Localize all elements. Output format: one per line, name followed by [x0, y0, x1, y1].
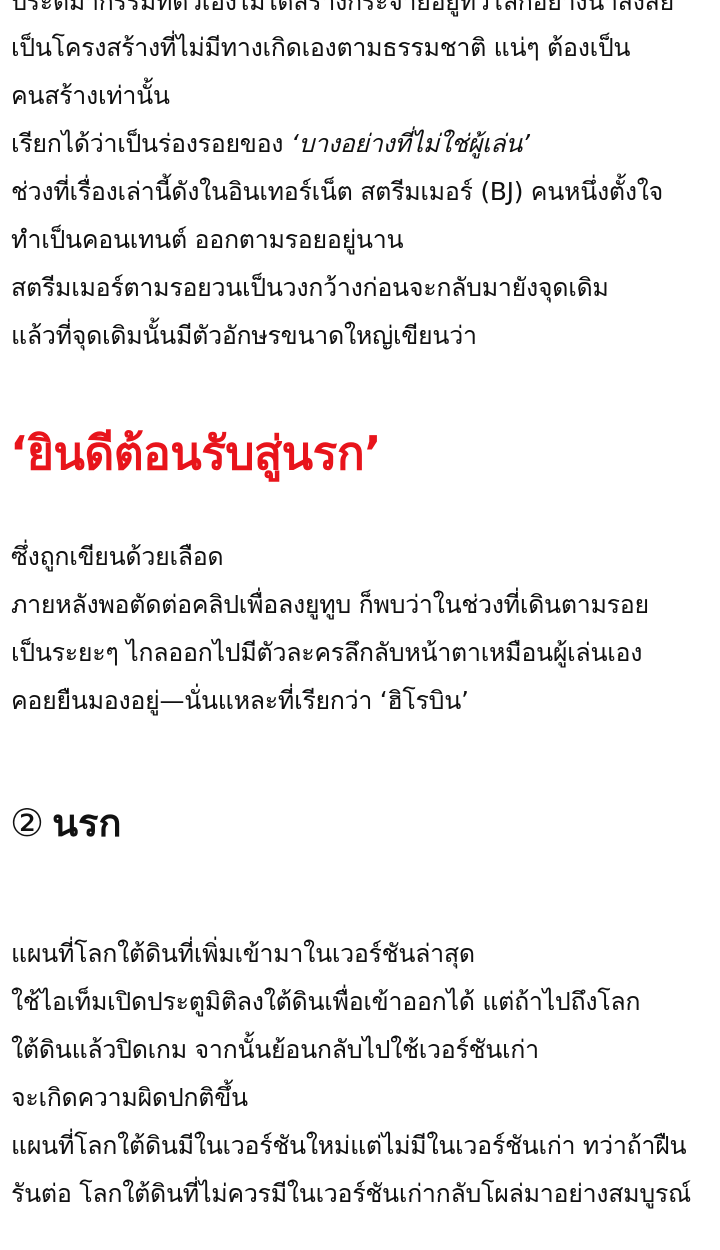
story-line: ทำเป็นคอนเทนต์ ออกตามรอยอยู่นาน: [11, 216, 403, 264]
section-line: ใช้ไอเท็มเปิดประตูมิติลงใต้ดินเพื่อเข้าอ…: [11, 978, 640, 1026]
section-line: แผนที่โลกใต้ดินมีในเวอร์ชันใหม่แต่ไม่มีใ…: [11, 1122, 686, 1170]
trace-line-italic: ‘บางอย่างที่ไม่ใช่ผู้เล่น’: [291, 129, 530, 158]
trace-line-prefix: เรียกได้ว่าเป็นร่องรอยของ: [11, 129, 291, 158]
intro-line: คนสร้างเท่านั้น: [11, 72, 170, 120]
story-line: แล้วที่จุดเดิมนั้นมีตัวอักษรขนาดใหญ่เขีย…: [11, 312, 477, 360]
after-line: ซึ่งถูกเขียนด้วยเลือด: [11, 533, 223, 581]
story-line: สตรีมเมอร์ตามรอยวนเป็นวงกว้างก่อนจะกลับม…: [11, 264, 609, 312]
section-title: นรก: [52, 801, 121, 845]
trace-line: เรียกได้ว่าเป็นร่องรอยของ ‘บางอย่างที่ไม…: [11, 120, 530, 168]
intro-line: เป็นโครงสร้างที่ไม่มีทางเกิดเองตามธรรมชา…: [11, 24, 630, 72]
after-line: เป็นระยะๆ ไกลออกไปมีตัวละครลึกลับหน้าตาเ…: [11, 629, 642, 677]
after-line: คอยยืนมองอยู่—นั่นแหละที่เรียกว่า ‘ฮิโรบ…: [11, 677, 469, 725]
section-line: ใต้ดินแล้วปิดเกม จากนั้นย้อนกลับไปใช้เวอ…: [11, 1026, 539, 1074]
welcome-to-hell-heading: ‘ยินดีต้อนรับสู่นรก’: [10, 418, 381, 488]
section-line: จะเกิดความผิดปกติขึ้น: [11, 1074, 248, 1122]
section-line: รันต่อ โลกใต้ดินที่ไม่ควรมีในเวอร์ชันเก่…: [11, 1170, 691, 1218]
intro-line-clipped: ประติมากรรมที่ตัวเองไม่ได้สร้างกระจายอยู…: [11, 0, 674, 26]
section-heading: ②นรก: [10, 795, 121, 851]
after-line: ภายหลังพอตัดต่อคลิปเพื่อลงยูทูบ ก็พบว่าใ…: [11, 581, 649, 629]
story-line: ช่วงที่เรื่องเล่านี้ดังในอินเทอร์เน็ต สต…: [11, 168, 663, 216]
article-page: ประติมากรรมที่ตัวเองไม่ได้สร้างกระจายอยู…: [0, 0, 720, 1250]
section-line: แผนที่โลกใต้ดินที่เพิ่มเข้ามาในเวอร์ชันล…: [11, 930, 475, 978]
section-number-icon: ②: [10, 801, 44, 845]
